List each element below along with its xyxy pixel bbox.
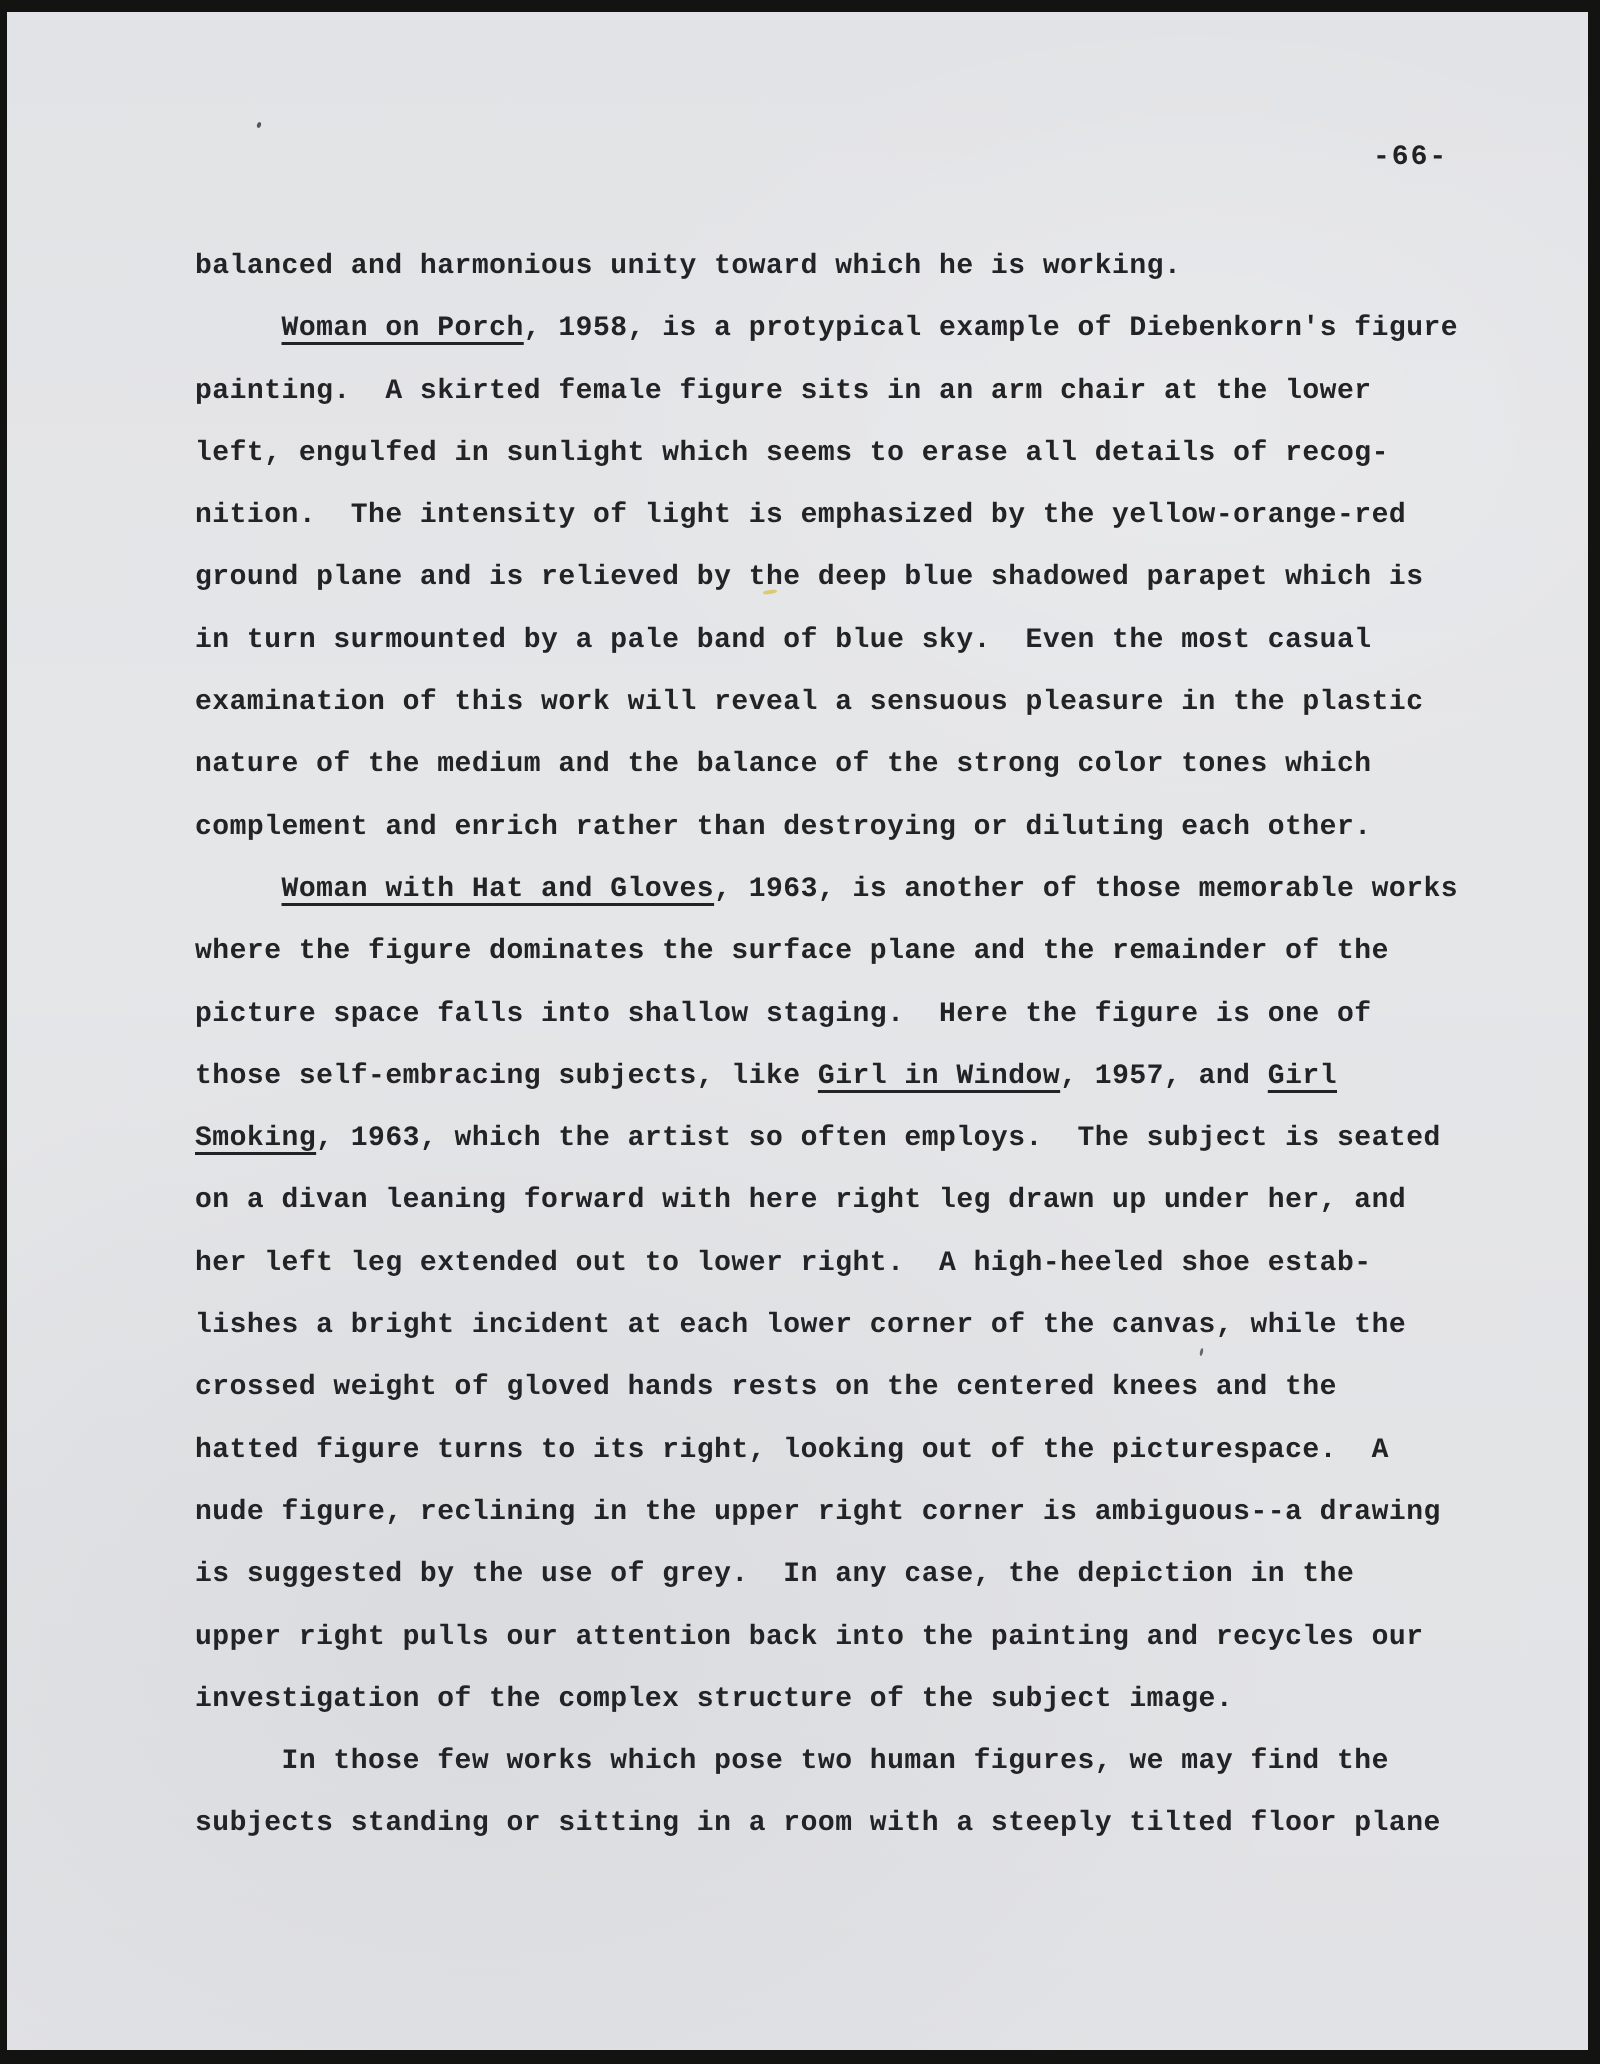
text-segment: examination of this work will reveal a s…	[195, 687, 1424, 718]
text-segment: picture space falls into shallow staging…	[195, 999, 1372, 1030]
text-segment: nition. The intensity of light is emphas…	[195, 500, 1406, 531]
text-line: nition. The intensity of light is emphas…	[195, 485, 1495, 547]
text-segment: where the figure dominates the surface p…	[195, 936, 1389, 967]
underlined-artwork-title: Girl	[1268, 1061, 1337, 1092]
text-line: examination of this work will reveal a s…	[195, 672, 1495, 734]
text-segment: subjects standing or sitting in a room w…	[195, 1808, 1441, 1839]
text-line: left, engulfed in sunlight which seems t…	[195, 423, 1495, 485]
text-line: Smoking, 1963, which the artist so often…	[195, 1108, 1495, 1170]
text-segment: is suggested by the use of grey. In any …	[195, 1559, 1354, 1590]
text-segment: her left leg extended out to lower right…	[195, 1248, 1372, 1279]
text-segment: balanced and harmonious unity toward whi…	[195, 251, 1181, 282]
underlined-artwork-title: Woman on Porch	[282, 313, 524, 344]
text-line: painting. A skirted female figure sits i…	[195, 361, 1495, 423]
text-segment: nature of the medium and the balance of …	[195, 749, 1372, 780]
text-segment: investigation of the complex structure o…	[195, 1684, 1233, 1715]
text-line: nature of the medium and the balance of …	[195, 734, 1495, 796]
text-line: complement and enrich rather than destro…	[195, 797, 1495, 859]
text-segment: on a divan leaning forward with here rig…	[195, 1185, 1406, 1216]
text-line: hatted figure turns to its right, lookin…	[195, 1420, 1495, 1482]
text-line: balanced and harmonious unity toward whi…	[195, 236, 1495, 298]
text-line: In those few works which pose two human …	[195, 1731, 1495, 1793]
text-segment: In those few works which pose two human …	[195, 1746, 1389, 1777]
text-segment: , 1958, is a protypical example of Diebe…	[524, 313, 1458, 344]
text-line: Woman with Hat and Gloves, 1963, is anot…	[195, 859, 1495, 921]
text-segment: those self-embracing subjects, like	[195, 1061, 818, 1092]
underlined-artwork-title: Girl in Window	[818, 1061, 1060, 1092]
text-segment: , 1963, which the artist so often employ…	[316, 1123, 1441, 1154]
text-segment: , 1957, and	[1060, 1061, 1268, 1092]
text-line: on a divan leaning forward with here rig…	[195, 1170, 1495, 1232]
text-line: her left leg extended out to lower right…	[195, 1233, 1495, 1295]
text-line: lishes a bright incident at each lower c…	[195, 1295, 1495, 1357]
scanned-page-container: -66- balanced and harmonious unity towar…	[0, 0, 1600, 2064]
text-segment: ground plane and is relieved by the deep…	[195, 562, 1424, 593]
text-line: picture space falls into shallow staging…	[195, 984, 1495, 1046]
underlined-artwork-title: Smoking	[195, 1123, 316, 1154]
text-segment: in turn surmounted by a pale band of blu…	[195, 625, 1372, 656]
text-segment: hatted figure turns to its right, lookin…	[195, 1435, 1389, 1466]
text-line: ground plane and is relieved by the deep…	[195, 547, 1495, 609]
text-line: investigation of the complex structure o…	[195, 1669, 1495, 1731]
text-segment: lishes a bright incident at each lower c…	[195, 1310, 1406, 1341]
text-segment	[195, 313, 282, 344]
text-line: nude figure, reclining in the upper righ…	[195, 1482, 1495, 1544]
text-line: subjects standing or sitting in a room w…	[195, 1793, 1495, 1855]
text-segment: crossed weight of gloved hands rests on …	[195, 1372, 1337, 1403]
text-line: in turn surmounted by a pale band of blu…	[195, 610, 1495, 672]
text-line: where the figure dominates the surface p…	[195, 921, 1495, 983]
manuscript-paper: -66- balanced and harmonious unity towar…	[7, 12, 1588, 2050]
text-segment: upper right pulls our attention back int…	[195, 1622, 1424, 1653]
text-segment: , 1963, is another of those memorable wo…	[714, 874, 1458, 905]
text-line: those self-embracing subjects, like Girl…	[195, 1046, 1495, 1108]
text-line: is suggested by the use of grey. In any …	[195, 1544, 1495, 1606]
text-block: balanced and harmonious unity toward whi…	[195, 236, 1495, 1856]
text-line: Woman on Porch, 1958, is a protypical ex…	[195, 298, 1495, 360]
text-segment: complement and enrich rather than destro…	[195, 812, 1372, 843]
text-segment: painting. A skirted female figure sits i…	[195, 376, 1372, 407]
text-segment	[195, 874, 282, 905]
text-line: upper right pulls our attention back int…	[195, 1607, 1495, 1669]
text-line: crossed weight of gloved hands rests on …	[195, 1357, 1495, 1419]
page-number: -66-	[1373, 142, 1448, 173]
scan-speck	[256, 121, 262, 128]
text-segment: left, engulfed in sunlight which seems t…	[195, 438, 1389, 469]
text-segment: nude figure, reclining in the upper righ…	[195, 1497, 1441, 1528]
underlined-artwork-title: Woman with Hat and Gloves	[282, 874, 715, 905]
